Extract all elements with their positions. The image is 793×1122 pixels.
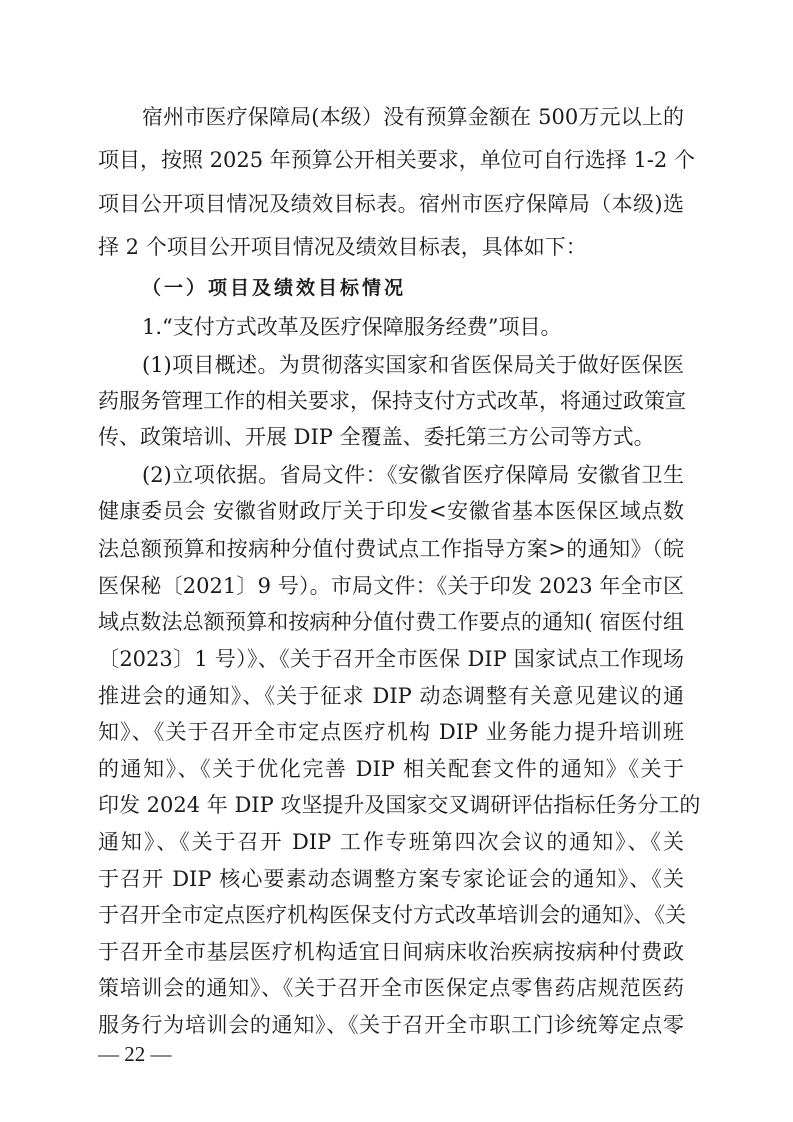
paragraph-intro-line-1: 宿州市医疗保障局(本级）没有预算金额在 500万元以上的	[142, 103, 684, 131]
project-basis-line-2: 健康委员会 安徽省财政厅关于印发<安徽省基本医保区域点数	[98, 497, 684, 525]
project-basis-line-7: 推进会的通知》、《关于征求 DIP 动态调整有关意见建议的通	[98, 682, 684, 710]
project-basis-line-5: 域点数法总额预算和按病种分值付费工作要点的通知( 宿医付组	[98, 608, 684, 636]
project-basis-line-10: 印发 2024 年 DIP 攻坚提升及国家交叉调研评估指标任务分工的	[98, 791, 684, 819]
project-basis-line-12: 于召开 DIP 核心要素动态调整方案专家论证会的通知》、《关	[98, 865, 684, 893]
project-basis-line-13: 于召开全市定点医疗机构医保支付方式改革培训会的通知》、《关	[98, 901, 684, 929]
project-title: 1.“支付方式改革及医疗保障服务经费”项目。	[142, 313, 684, 341]
project-overview-line-2: 药服务管理工作的相关要求，保持支付方式改革，将通过政策宣	[98, 387, 684, 415]
paragraph-intro-line-2: 项目，按照 2025 年预算公开相关要求，单位可自行选择 1-2 个	[98, 146, 684, 174]
project-overview-line-1: (1)项目概述。为贯彻落实国家和省医保局关于做好医保医	[142, 351, 684, 379]
page-number: — 22 —	[98, 1040, 172, 1068]
document-page: 宿州市医疗保障局(本级）没有预算金额在 500万元以上的 项目，按照 2025 …	[0, 0, 793, 1122]
project-basis-line-9: 的通知》、《关于优化完善 DIP 相关配套文件的通知》《关于	[98, 755, 684, 783]
project-basis-line-3: 法总额预算和按病种分值付费试点工作指导方案>的通知》（皖	[98, 535, 684, 563]
section-heading: （一）项目及绩效目标情况	[142, 274, 406, 302]
paragraph-intro-line-4: 择 2 个项目公开项目情况及绩效目标表，具体如下：	[98, 233, 684, 261]
project-basis-line-1: (2)立项依据。省局文件：《安徽省医疗保障局 安徽省卫生	[142, 461, 684, 489]
project-basis-line-16: 服务行为培训会的通知》、《关于召开全市职工门诊统筹定点零	[98, 1011, 684, 1039]
project-basis-line-8: 知》、《关于召开全市定点医疗机构 DIP 业务能力提升培训班	[98, 718, 684, 746]
project-basis-line-11: 通知》、《关于召开 DIP 工作专班第四次会议的通知》、《关	[98, 828, 684, 856]
project-overview-line-3: 传、政策培训、开展 DIP 全覆盖、委托第三方公司等方式。	[98, 423, 684, 451]
project-basis-line-14: 于召开全市基层医疗机构适宜日间病床收治疾病按病种付费政	[98, 938, 684, 966]
paragraph-intro-line-3: 项目公开项目情况及绩效目标表。宿州市医疗保障局（本级)选	[98, 190, 684, 218]
project-basis-line-15: 策培训会的通知》、《关于召开全市医保定点零售药店规范医药	[98, 974, 684, 1002]
project-basis-line-6: 〔2023〕1 号）》、《关于召开全市医保 DIP 国家试点工作现场	[98, 645, 684, 673]
project-basis-line-4: 医保秘〔2021〕9 号）。市局文件：《关于印发 2023 年全市区	[98, 572, 684, 600]
